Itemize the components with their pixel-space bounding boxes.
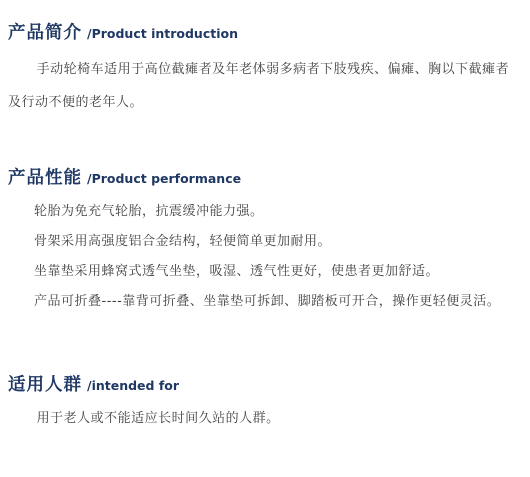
performance-list: 轮胎为免充气轮胎，抗震缓冲能力强。 骨架采用高强度铝合金结构，轻便简单更加耐用。… (8, 197, 520, 317)
performance-item-cushion: 坐靠垫采用蜂窝式透气坐垫，吸湿、透气性更好，使患者更加舒适。 (8, 257, 520, 287)
performance-item-frame: 骨架采用高强度铝合金结构，轻便简单更加耐用。 (8, 227, 520, 257)
section-heading-intended-for: 适用人群/intended for (8, 372, 520, 396)
product-detail-page: 产品简介/Product introduction 手动轮椅车适用于高位截瘫者及… (0, 0, 530, 477)
heading-en-product-introduction: /Product introduction (87, 26, 238, 41)
heading-en-intended-for: /intended for (87, 378, 179, 393)
section-product-introduction: 产品简介/Product introduction 手动轮椅车适用于高位截瘫者及… (8, 0, 520, 119)
section-intended-for: 适用人群/intended for 用于老人或不能适应长时间久站的人群。 (8, 372, 520, 434)
paragraph-product-introduction: 手动轮椅车适用于高位截瘫者及年老体弱多病者下肢残疾、偏瘫、胸以下截瘫者及行动不便… (8, 53, 520, 119)
heading-en-product-performance: /Product performance (87, 171, 241, 186)
performance-item-tires: 轮胎为免充气轮胎，抗震缓冲能力强。 (8, 197, 520, 227)
performance-item-foldable: 产品可折叠----靠背可折叠、坐靠垫可拆卸、脚踏板可开合，操作更轻便灵活。 (8, 287, 520, 317)
heading-zh-intended-for: 适用人群 (8, 375, 82, 395)
section-heading-product-introduction: 产品简介/Product introduction (8, 0, 520, 44)
paragraph-intended-for: 用于老人或不能适应长时间久站的人群。 (8, 404, 520, 434)
heading-zh-product-performance: 产品性能 (8, 168, 82, 188)
section-heading-product-performance: 产品性能/Product performance (8, 165, 520, 189)
section-product-performance: 产品性能/Product performance 轮胎为免充气轮胎，抗震缓冲能力… (8, 165, 520, 317)
heading-zh-product-introduction: 产品简介 (8, 23, 82, 43)
